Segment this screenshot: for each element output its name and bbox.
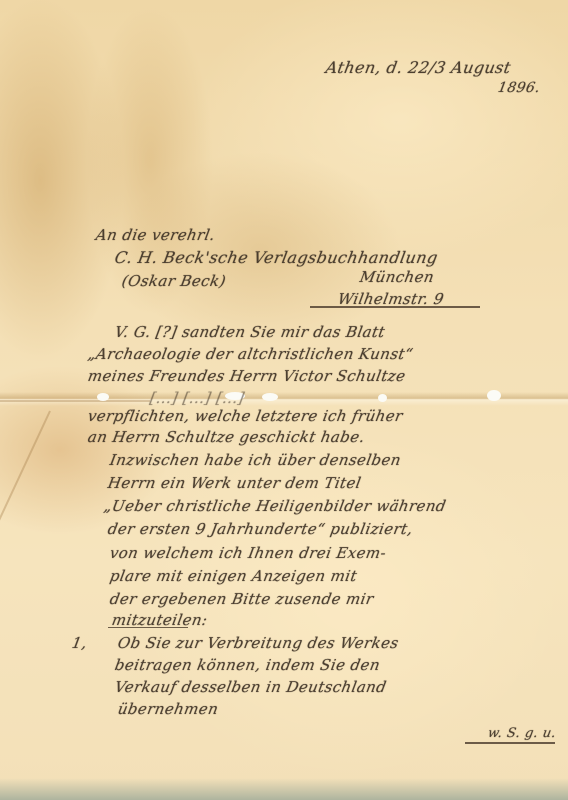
body-line-1: V. G. [?] sandten Sie mir das Blatt (113, 323, 386, 341)
fold-crease (0, 392, 568, 406)
salutation: An die verehrl. (94, 226, 216, 244)
body-line-2: „Archaeologie der altchristlichen Kunst“ (86, 345, 414, 363)
body-line-6: an Herrn Schultze geschickt habe. (86, 428, 366, 446)
crease-line (0, 400, 150, 402)
item-line-3: Verkauf desselben in Deutschland (113, 678, 388, 696)
place-date: Athen, d. 22/3 August (324, 58, 512, 77)
body-line-10: der ersten 9 Jahrhunderte“ publiziert, (106, 520, 414, 538)
item-line-4: übernehmen (116, 700, 219, 718)
scan-bottom-edge (0, 778, 568, 800)
closing-mark: w. S. g. u. (487, 726, 558, 741)
city: München (358, 268, 435, 286)
address-underline (310, 306, 480, 308)
paper-hole (378, 394, 387, 402)
paper-hole (487, 390, 501, 401)
body-line-8: Herrn ein Werk unter dem Titel (106, 474, 362, 492)
body-line-4: [...] [...] [...] (148, 389, 246, 407)
paper-hole (97, 393, 109, 401)
year: 1896. (497, 80, 542, 96)
body-line-11: von welchem ich Ihnen drei Exem- (108, 544, 387, 562)
paper-hole (262, 393, 278, 401)
body-line-7: Inzwischen habe ich über denselben (108, 451, 402, 469)
body-line-12: plare mit einigen Anzeigen mit (108, 567, 358, 585)
underline (108, 627, 188, 628)
item-number: 1, (70, 634, 88, 652)
proprietor-name: (Oskar Beck) (120, 272, 227, 290)
item-line-2: beitragen können, indem Sie den (113, 656, 381, 674)
closing-underline (465, 742, 555, 744)
body-line-9: „Ueber christliche Heiligenbilder währen… (102, 497, 447, 515)
body-line-3: meines Freundes Herrn Victor Schultze (86, 367, 407, 385)
item-line-1: Ob Sie zur Verbreitung des Werkes (116, 634, 400, 652)
body-line-5: verpflichten, welche letztere ich früher (86, 407, 404, 425)
body-line-13: der ergebenen Bitte zusende mir (108, 590, 375, 608)
publisher-name: C. H. Beck'sche Verlagsbuchhandlung (113, 248, 439, 267)
